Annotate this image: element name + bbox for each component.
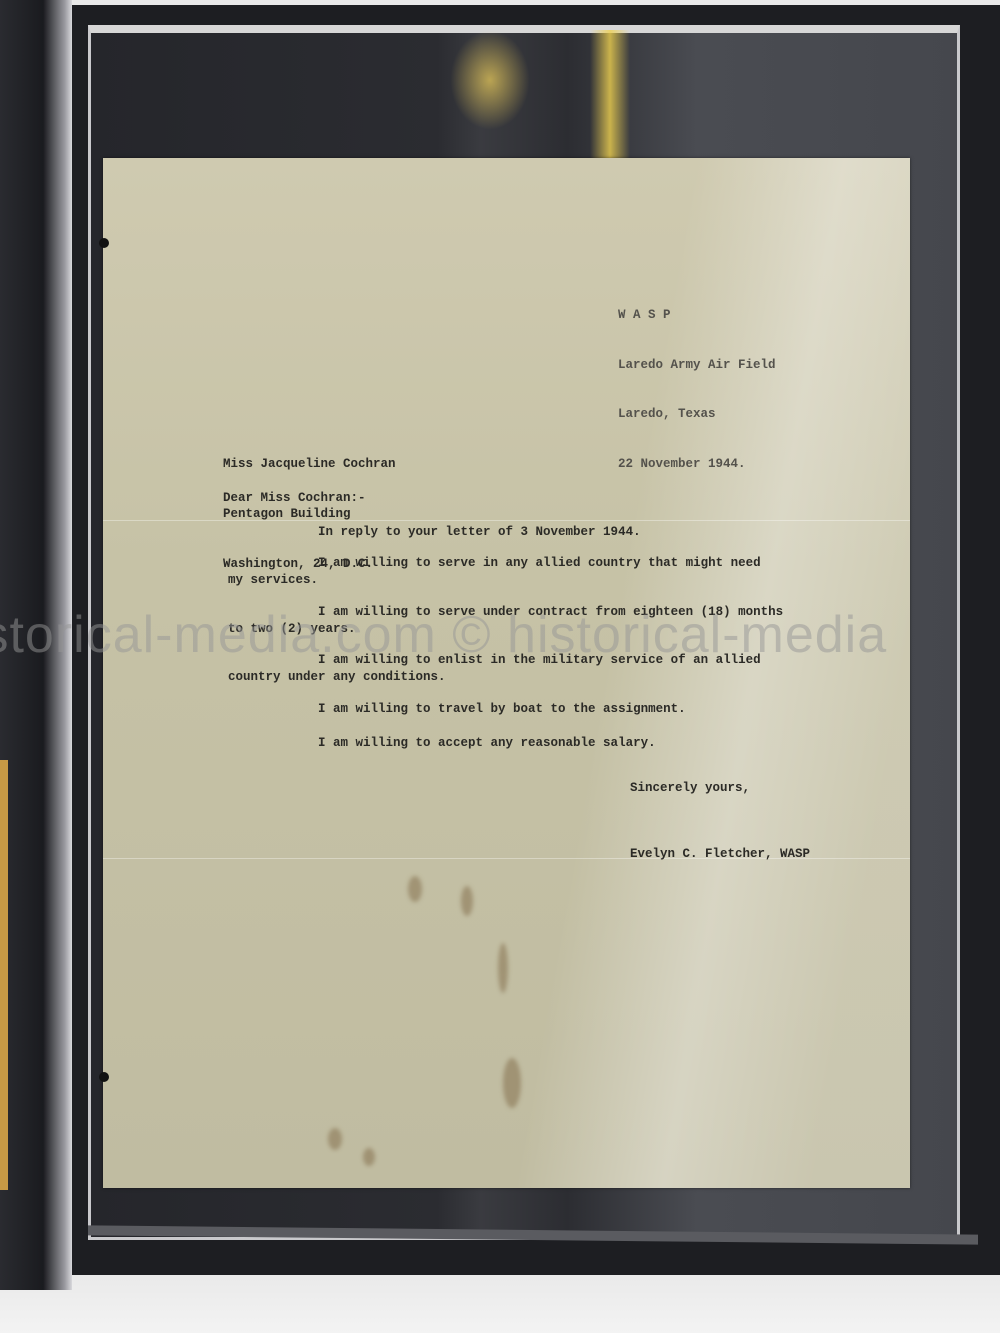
- paper-stain: [408, 876, 422, 902]
- light-glare: [450, 30, 530, 130]
- paper-stain: [498, 943, 508, 993]
- punch-hole: [99, 238, 109, 248]
- paragraph: I am willing to serve in any allied coun…: [228, 555, 828, 588]
- letterhead-org: W A S P: [618, 307, 776, 324]
- addressee-name: Miss Jacqueline Cochran: [223, 456, 396, 473]
- light-glare: [590, 30, 630, 170]
- adjacent-page-edge: [0, 760, 8, 1190]
- letterhead-line2: Laredo, Texas: [618, 406, 776, 423]
- typed-letter: W A S P Laredo Army Air Field Laredo, Te…: [103, 158, 910, 1188]
- paper-stain: [363, 1148, 375, 1166]
- paper-stain: [328, 1128, 342, 1150]
- paragraph: In reply to your letter of 3 November 19…: [228, 524, 828, 541]
- paragraph: I am willing to accept any reasonable sa…: [228, 735, 828, 752]
- letter-date: 22 November 1944.: [618, 456, 776, 473]
- letterhead: W A S P Laredo Army Air Field Laredo, Te…: [618, 274, 776, 505]
- addressee-building: Pentagon Building: [223, 506, 396, 523]
- paragraph: I am willing to travel by boat to the as…: [228, 701, 828, 718]
- salutation: Dear Miss Cochran:-: [223, 490, 366, 507]
- closing: Sincerely yours,: [630, 780, 750, 797]
- paper-stain: [503, 1058, 521, 1108]
- letterhead-line1: Laredo Army Air Field: [618, 357, 776, 374]
- watermark: historical-media.com © historical-media: [0, 605, 1000, 665]
- punch-hole: [99, 1072, 109, 1082]
- paper-stain: [461, 886, 473, 916]
- signature: Evelyn C. Fletcher, WASP: [630, 846, 810, 863]
